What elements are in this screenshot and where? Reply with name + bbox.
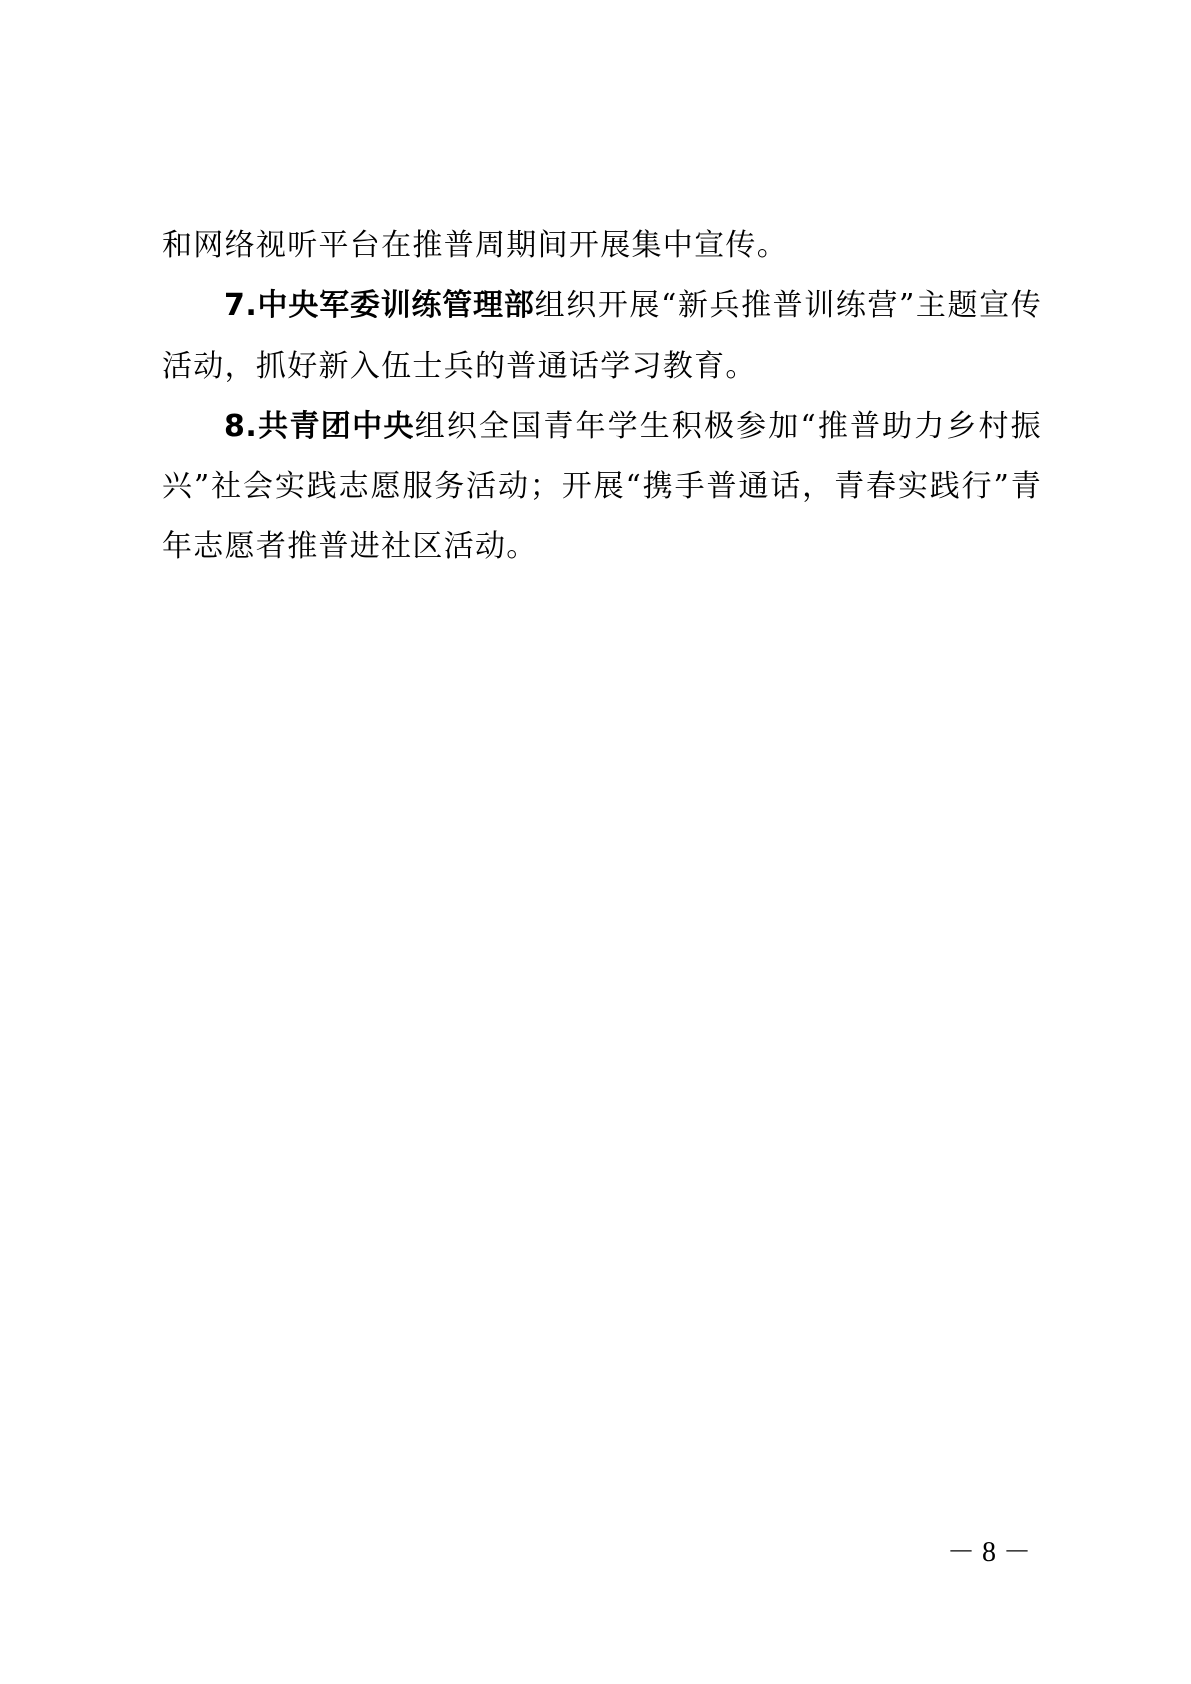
item-heading-8: 8.共青团中央: [224, 409, 415, 444]
paragraph-item-7: 7.中央军委训练管理部组织开展“新兵推普训练营”主题宣传活动，抓好新入伍士兵的普…: [162, 276, 1042, 397]
body-text: 和网络视听平台在推普周期间开展集中宣传。 7.中央军委训练管理部组织开展“新兵推…: [162, 216, 1042, 578]
paragraph-continuation: 和网络视听平台在推普周期间开展集中宣传。: [162, 216, 1042, 276]
item-heading-7: 7.中央军委训练管理部: [224, 288, 535, 323]
document-page: 和网络视听平台在推普周期间开展集中宣传。 7.中央军委训练管理部组织开展“新兵推…: [0, 0, 1191, 1684]
page-number: － 8 －: [944, 1535, 1034, 1571]
paragraph-text: 和网络视听平台在推普周期间开展集中宣传。: [162, 228, 788, 263]
paragraph-item-8: 8.共青团中央组织全国青年学生积极参加“推普助力乡村振兴”社会实践志愿服务活动；…: [162, 397, 1042, 578]
